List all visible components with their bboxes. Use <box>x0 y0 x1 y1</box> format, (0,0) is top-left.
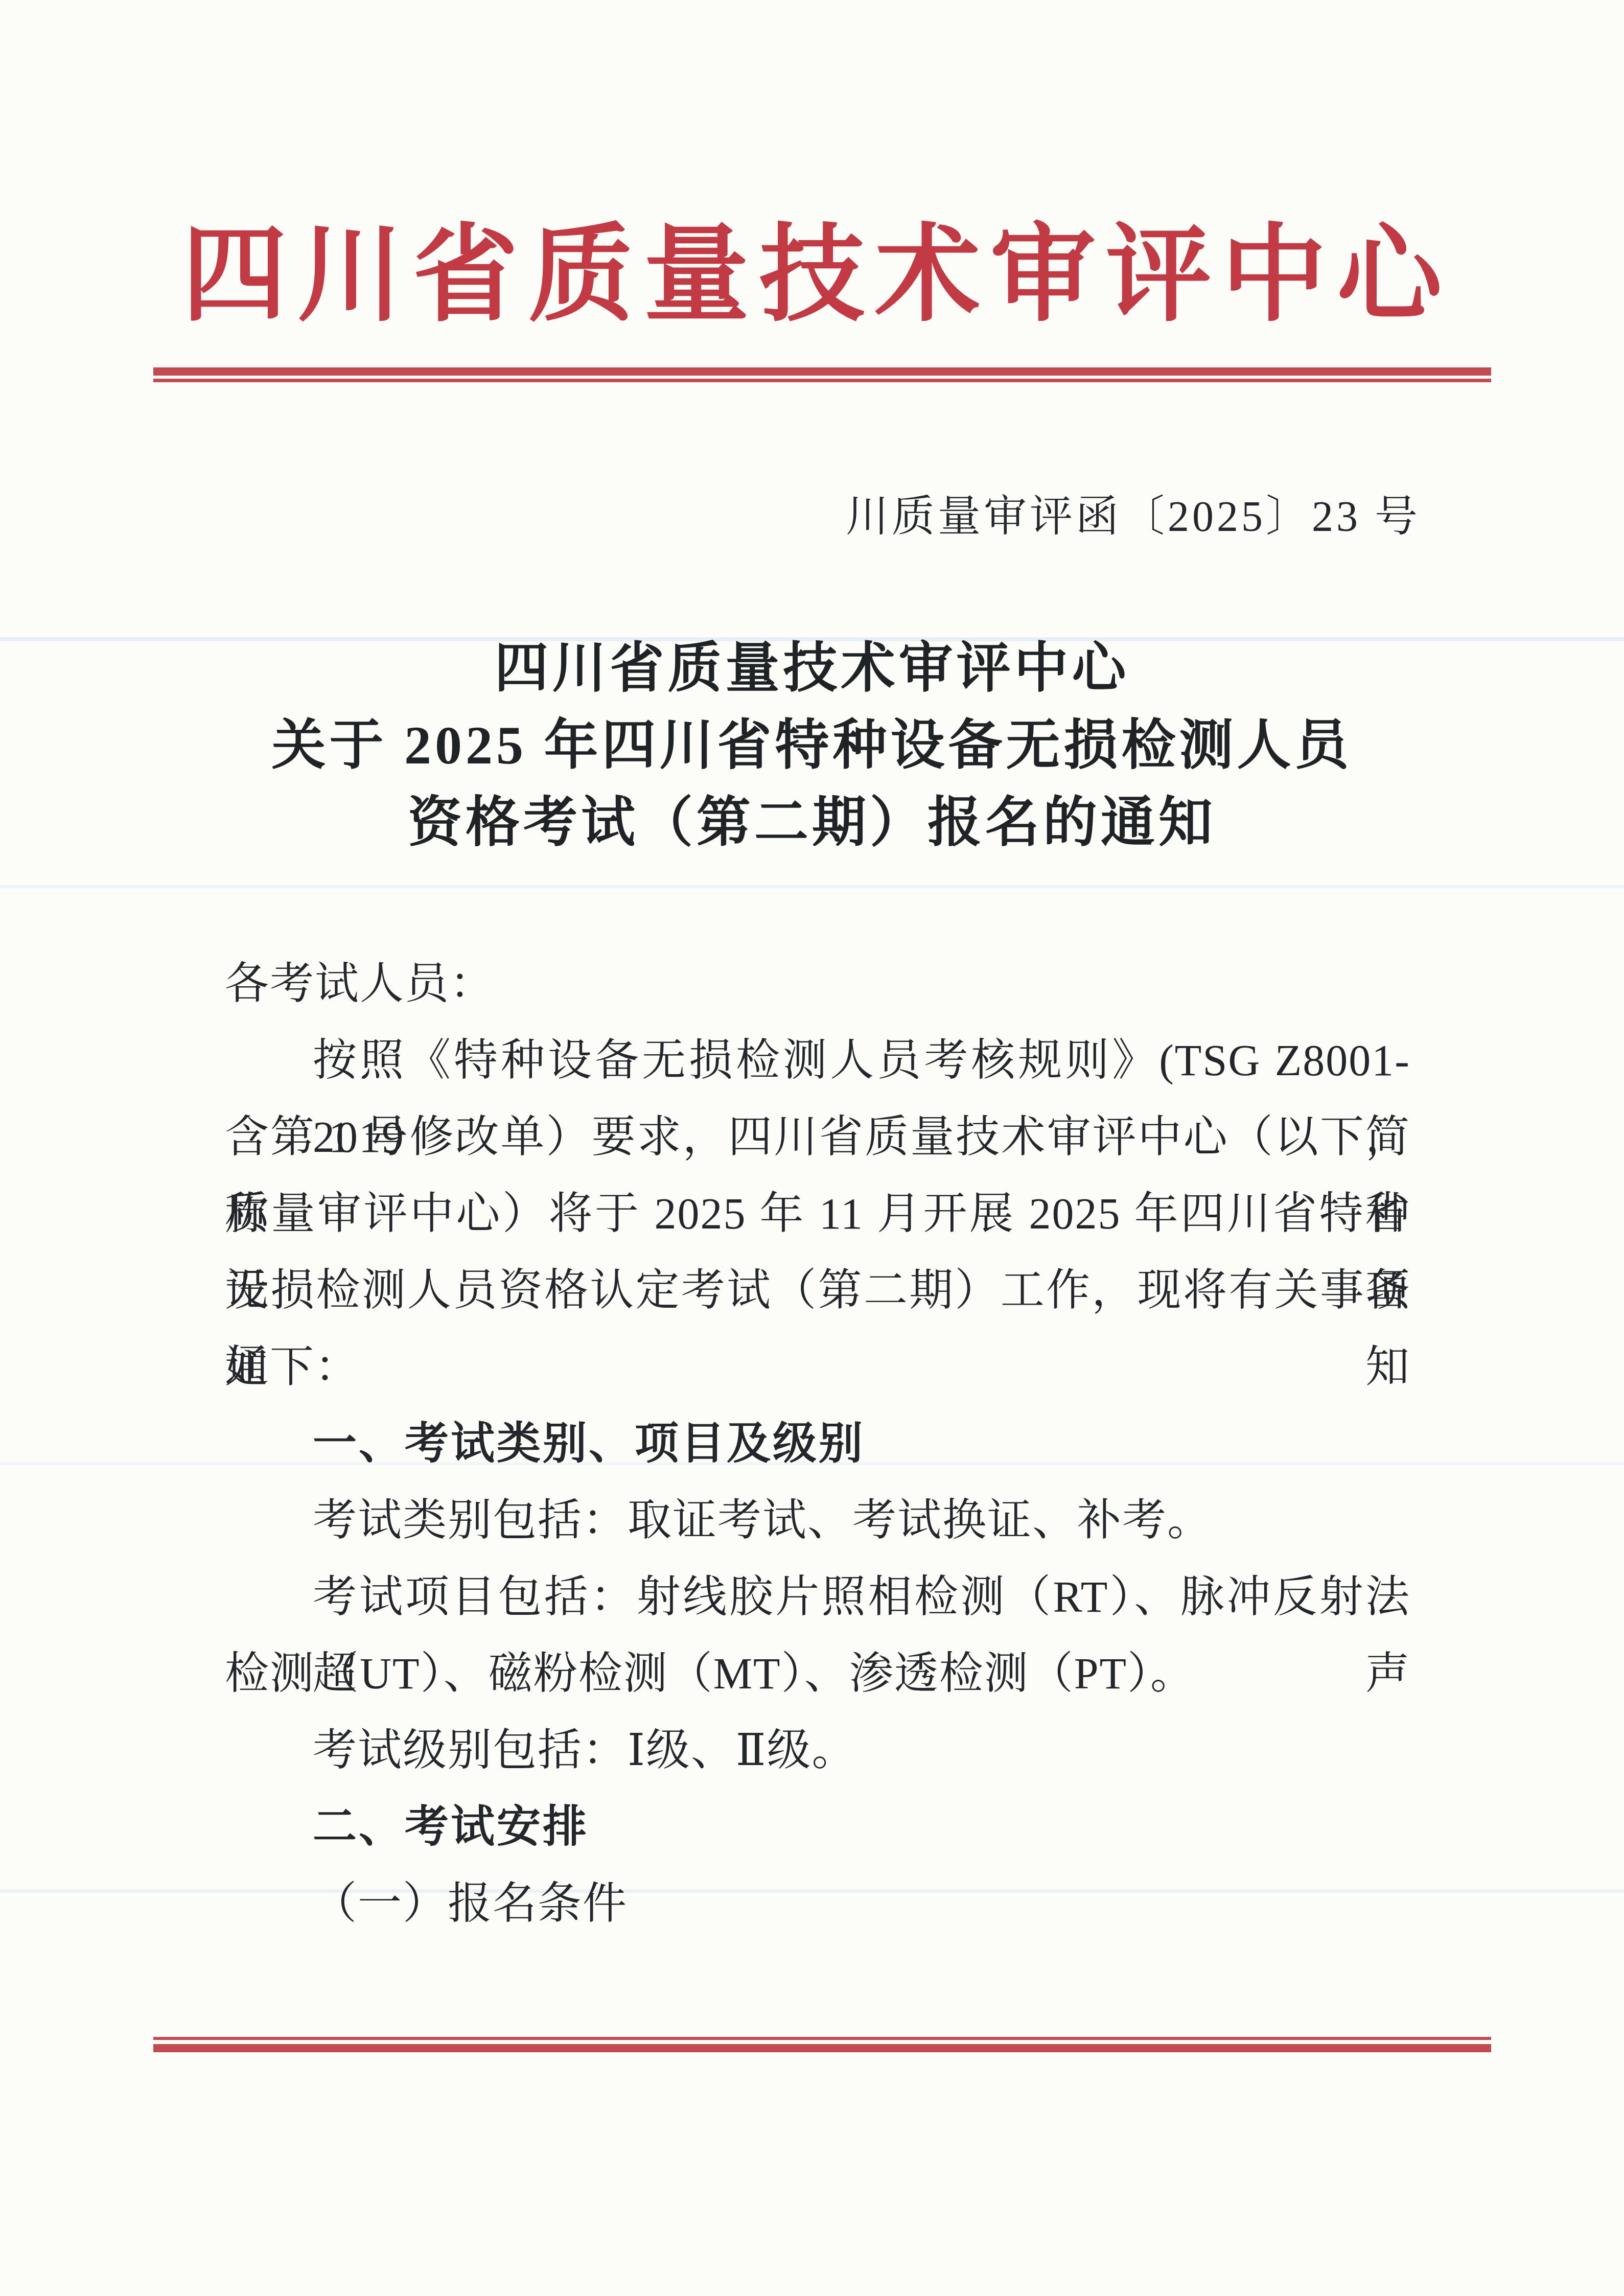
footer-rule-thin <box>153 2037 1491 2040</box>
paragraph-line: 考试类别包括：取证考试、考试换证、补考。 <box>225 1482 1410 1559</box>
salutation-line: 各考试人员： <box>225 945 1410 1022</box>
document-page: 四川省质量技术审评中心 川质量审评函〔2025〕23 号 四川省质量技术审评中心… <box>0 0 1624 2296</box>
subsection-heading: （一）报名条件 <box>225 1865 1410 1942</box>
document-number: 川质量审评函〔2025〕23 号 <box>846 492 1421 543</box>
paragraph-line: 质量审评中心）将于 2025 年 11 月开展 2025 年四川省特种设备 <box>225 1175 1410 1252</box>
document-title-line: 资格考试（第二期）报名的通知 <box>0 784 1624 861</box>
paragraph-line: 考试项目包括：射线胶片照相检测（RT）、脉冲反射法超声 <box>225 1559 1410 1635</box>
section-heading-2: 二、考试安排 <box>225 1789 1410 1865</box>
document-title-line: 四川省质量技术审评中心 <box>0 630 1624 707</box>
paragraph-line: 含第 1 号修改单）要求，四川省质量技术审评中心（以下简称省 <box>225 1099 1410 1175</box>
document-body: 各考试人员： 按照《特种设备无损检测人员考核规则》(TSG Z8001-2019… <box>225 945 1410 1942</box>
scan-artifact <box>0 885 1624 888</box>
document-title: 四川省质量技术审评中心 关于 2025 年四川省特种设备无损检测人员 资格考试（… <box>0 630 1624 861</box>
document-title-line: 关于 2025 年四川省特种设备无损检测人员 <box>0 707 1624 784</box>
letterhead-org-name: 四川省质量技术审评中心 <box>0 221 1624 330</box>
paragraph-line: 无损检测人员资格认定考试（第二期）工作，现将有关事项通知 <box>225 1252 1410 1329</box>
letterhead-rule-thick <box>153 367 1491 376</box>
footer-rule-thick <box>153 2044 1491 2052</box>
letterhead-rule-thin <box>153 379 1491 382</box>
paragraph-line: 按照《特种设备无损检测人员考核规则》(TSG Z8001-2019， <box>225 1022 1410 1099</box>
